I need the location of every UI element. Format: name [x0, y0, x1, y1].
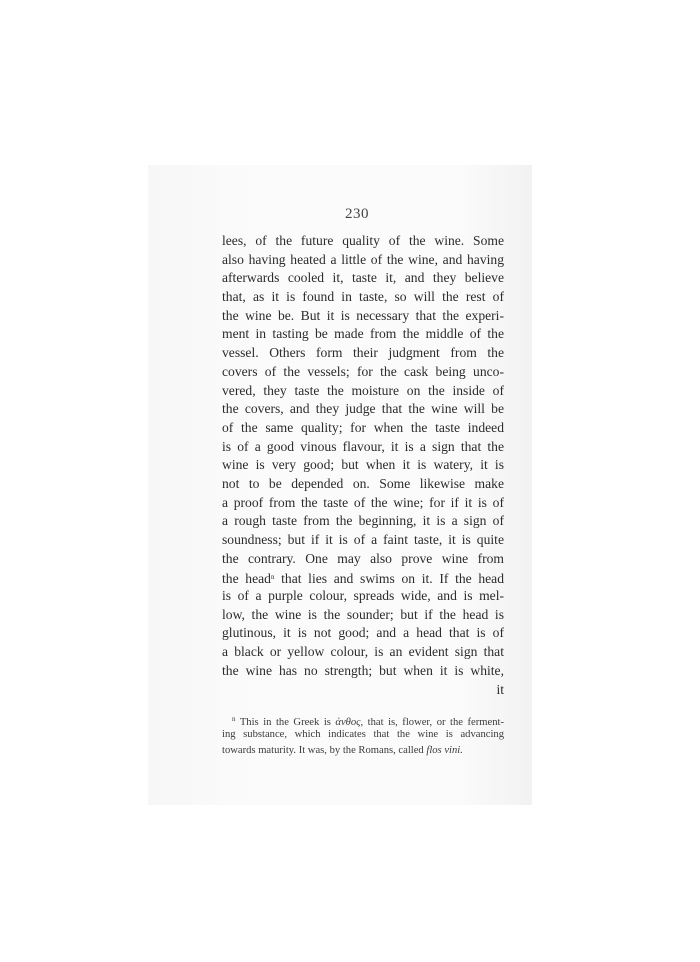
- text-line: a proof from the taste of the wine; for …: [222, 494, 504, 513]
- text-line: the wine be. But it is necessary that th…: [222, 307, 504, 326]
- text-line: also having heated a little of the wine,…: [222, 251, 504, 270]
- text-line-with-note: the headn that lies and swims on it. If …: [222, 568, 504, 587]
- text-line: a rough taste from the beginning, it is …: [222, 512, 504, 531]
- text-line: ment in tasting be made from the middle …: [222, 325, 504, 344]
- footnote: n This in the Greek is ἀνθος, that is, f…: [222, 711, 504, 759]
- footnote-line: towards maturity. It was, by the Romans,…: [222, 743, 504, 759]
- text-fragment: that lies and swims on it. If the head: [274, 571, 504, 586]
- page-number: 230: [345, 206, 385, 223]
- text-fragment: towards maturity. It was, by the Romans,…: [222, 745, 426, 756]
- latin-phrase: flos vini.: [426, 745, 463, 756]
- text-line: soundness; but if it is of a faint taste…: [222, 531, 504, 550]
- text-line: low, the wine is the sounder; but if the…: [222, 606, 504, 625]
- text-line: the covers, and they judge that the wine…: [222, 400, 504, 419]
- text-line: wine is very good; but when it is watery…: [222, 456, 504, 475]
- text-line: glutinous, it is not good; and a head th…: [222, 624, 504, 643]
- text-line: vessel. Others form their judgment from …: [222, 344, 504, 363]
- text-line: the wine has no strength; but when it is…: [222, 662, 504, 681]
- text-line: vered, they taste the moisture on the in…: [222, 382, 504, 401]
- text-line: is of a good vinous flavour, it is a sig…: [222, 438, 504, 457]
- text-line: not to be depended on. Some likewise mak…: [222, 475, 504, 494]
- text-line: lees, of the future quality of the wine.…: [222, 232, 504, 251]
- footnote-line: ing substance, which indicates that the …: [222, 727, 504, 743]
- text-line: that, as it is found in taste, so will t…: [222, 288, 504, 307]
- text-line: of the same quality; for when the taste …: [222, 419, 504, 438]
- text-line: covers of the vessels; for the cask bein…: [222, 363, 504, 382]
- body-text: lees, of the future quality of the wine.…: [222, 232, 504, 699]
- text-line: a black or yellow colour, is an evident …: [222, 643, 504, 662]
- footnote-line: n This in the Greek is ἀνθος, that is, f…: [222, 711, 504, 727]
- catchword: it: [222, 681, 504, 700]
- text-line: is of a purple colour, spreads wide, and…: [222, 587, 504, 606]
- text-line: afterwards cooled it, taste it, and they…: [222, 269, 504, 288]
- text-line: the contrary. One may also prove wine fr…: [222, 550, 504, 569]
- text-fragment: the head: [222, 571, 271, 586]
